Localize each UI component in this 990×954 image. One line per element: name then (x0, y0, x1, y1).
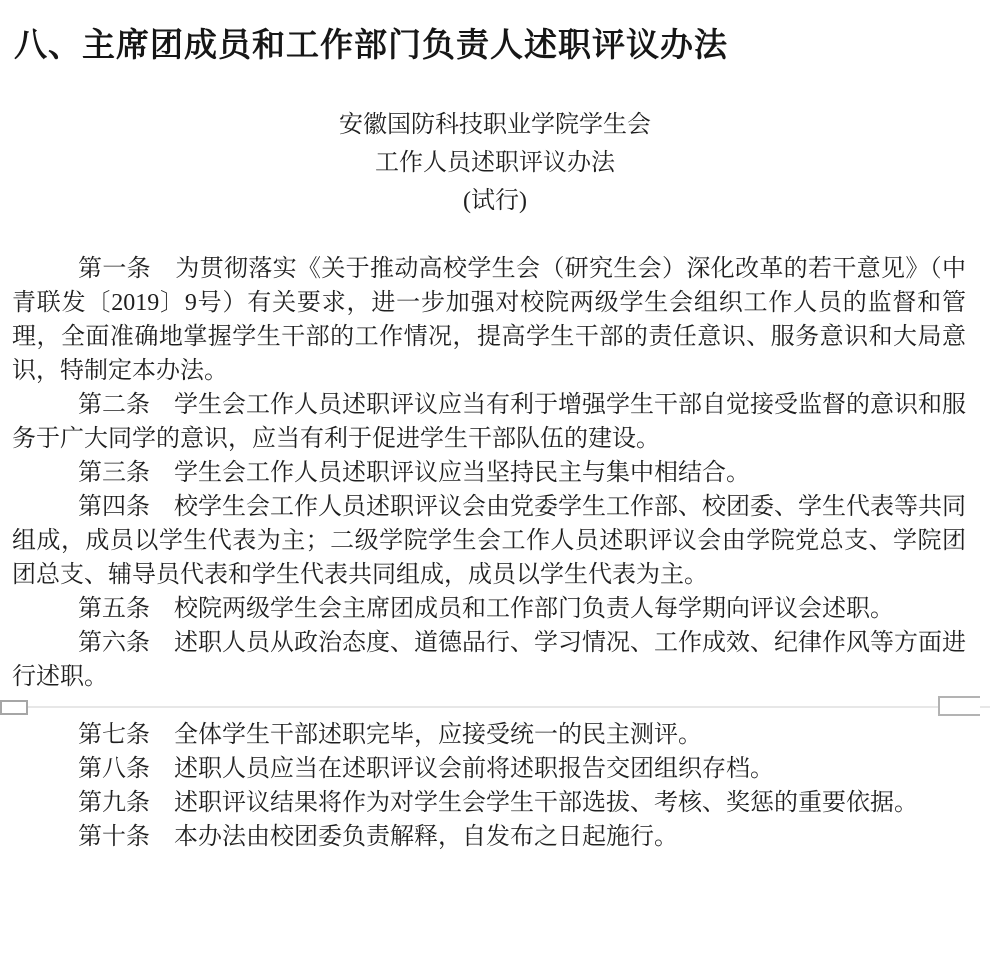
article-paragraph: 第八条 述职人员应当在述职评议会前将述职报告交团组织存档。 (12, 752, 966, 786)
article-paragraph: 第四条 校学生会工作人员述职评议会由党委学生工作部、校团委、学生代表等共同组成，… (12, 490, 966, 592)
article-paragraph: 第一条 为贯彻落实《关于推动高校学生会（研究生会）深化改革的若干意见》（中青联发… (12, 252, 966, 388)
article-paragraph: 第九条 述职评议结果将作为对学生会学生干部选拔、考核、奖惩的重要依据。 (12, 786, 966, 820)
heading-line-trial: (试行) (0, 182, 990, 220)
right-margin-marker-icon (938, 696, 980, 716)
article-paragraph: 第六条 述职人员从政治态度、道德品行、学习情况、工作成效、纪律作风等方面进行述职… (12, 626, 966, 694)
section-title: 八、主席团成员和工作部门负责人述职评议办法 (0, 0, 990, 68)
page-divider-line (0, 706, 990, 708)
article-paragraph: 第五条 校院两级学生会主席团成员和工作部门负责人每学期向评议会述职。 (12, 592, 966, 626)
page-boundary (0, 694, 990, 718)
article-paragraph: 第二条 学生会工作人员述职评议应当有利于增强学生干部自觉接受监督的意识和服务于广… (12, 388, 966, 456)
page2-articles: 第七条 全体学生干部述职完毕，应接受统一的民主测评。 第八条 述职人员应当在述职… (12, 718, 966, 854)
article-paragraph: 第三条 学生会工作人员述职评议应当坚持民主与集中相结合。 (12, 456, 966, 490)
heading-line-org: 安徽国防科技职业学院学生会 (0, 106, 990, 144)
heading-line-title: 工作人员述职评议办法 (0, 144, 990, 182)
page1-articles: 第一条 为贯彻落实《关于推动高校学生会（研究生会）深化改革的若干意见》（中青联发… (12, 252, 966, 694)
document-heading: 安徽国防科技职业学院学生会 工作人员述职评议办法 (试行) (0, 106, 990, 220)
document-page: 八、主席团成员和工作部门负责人述职评议办法 安徽国防科技职业学院学生会 工作人员… (0, 0, 990, 954)
left-margin-marker-icon (0, 700, 28, 715)
article-paragraph: 第七条 全体学生干部述职完毕，应接受统一的民主测评。 (12, 718, 966, 752)
article-paragraph: 第十条 本办法由校团委负责解释，自发布之日起施行。 (12, 820, 966, 854)
